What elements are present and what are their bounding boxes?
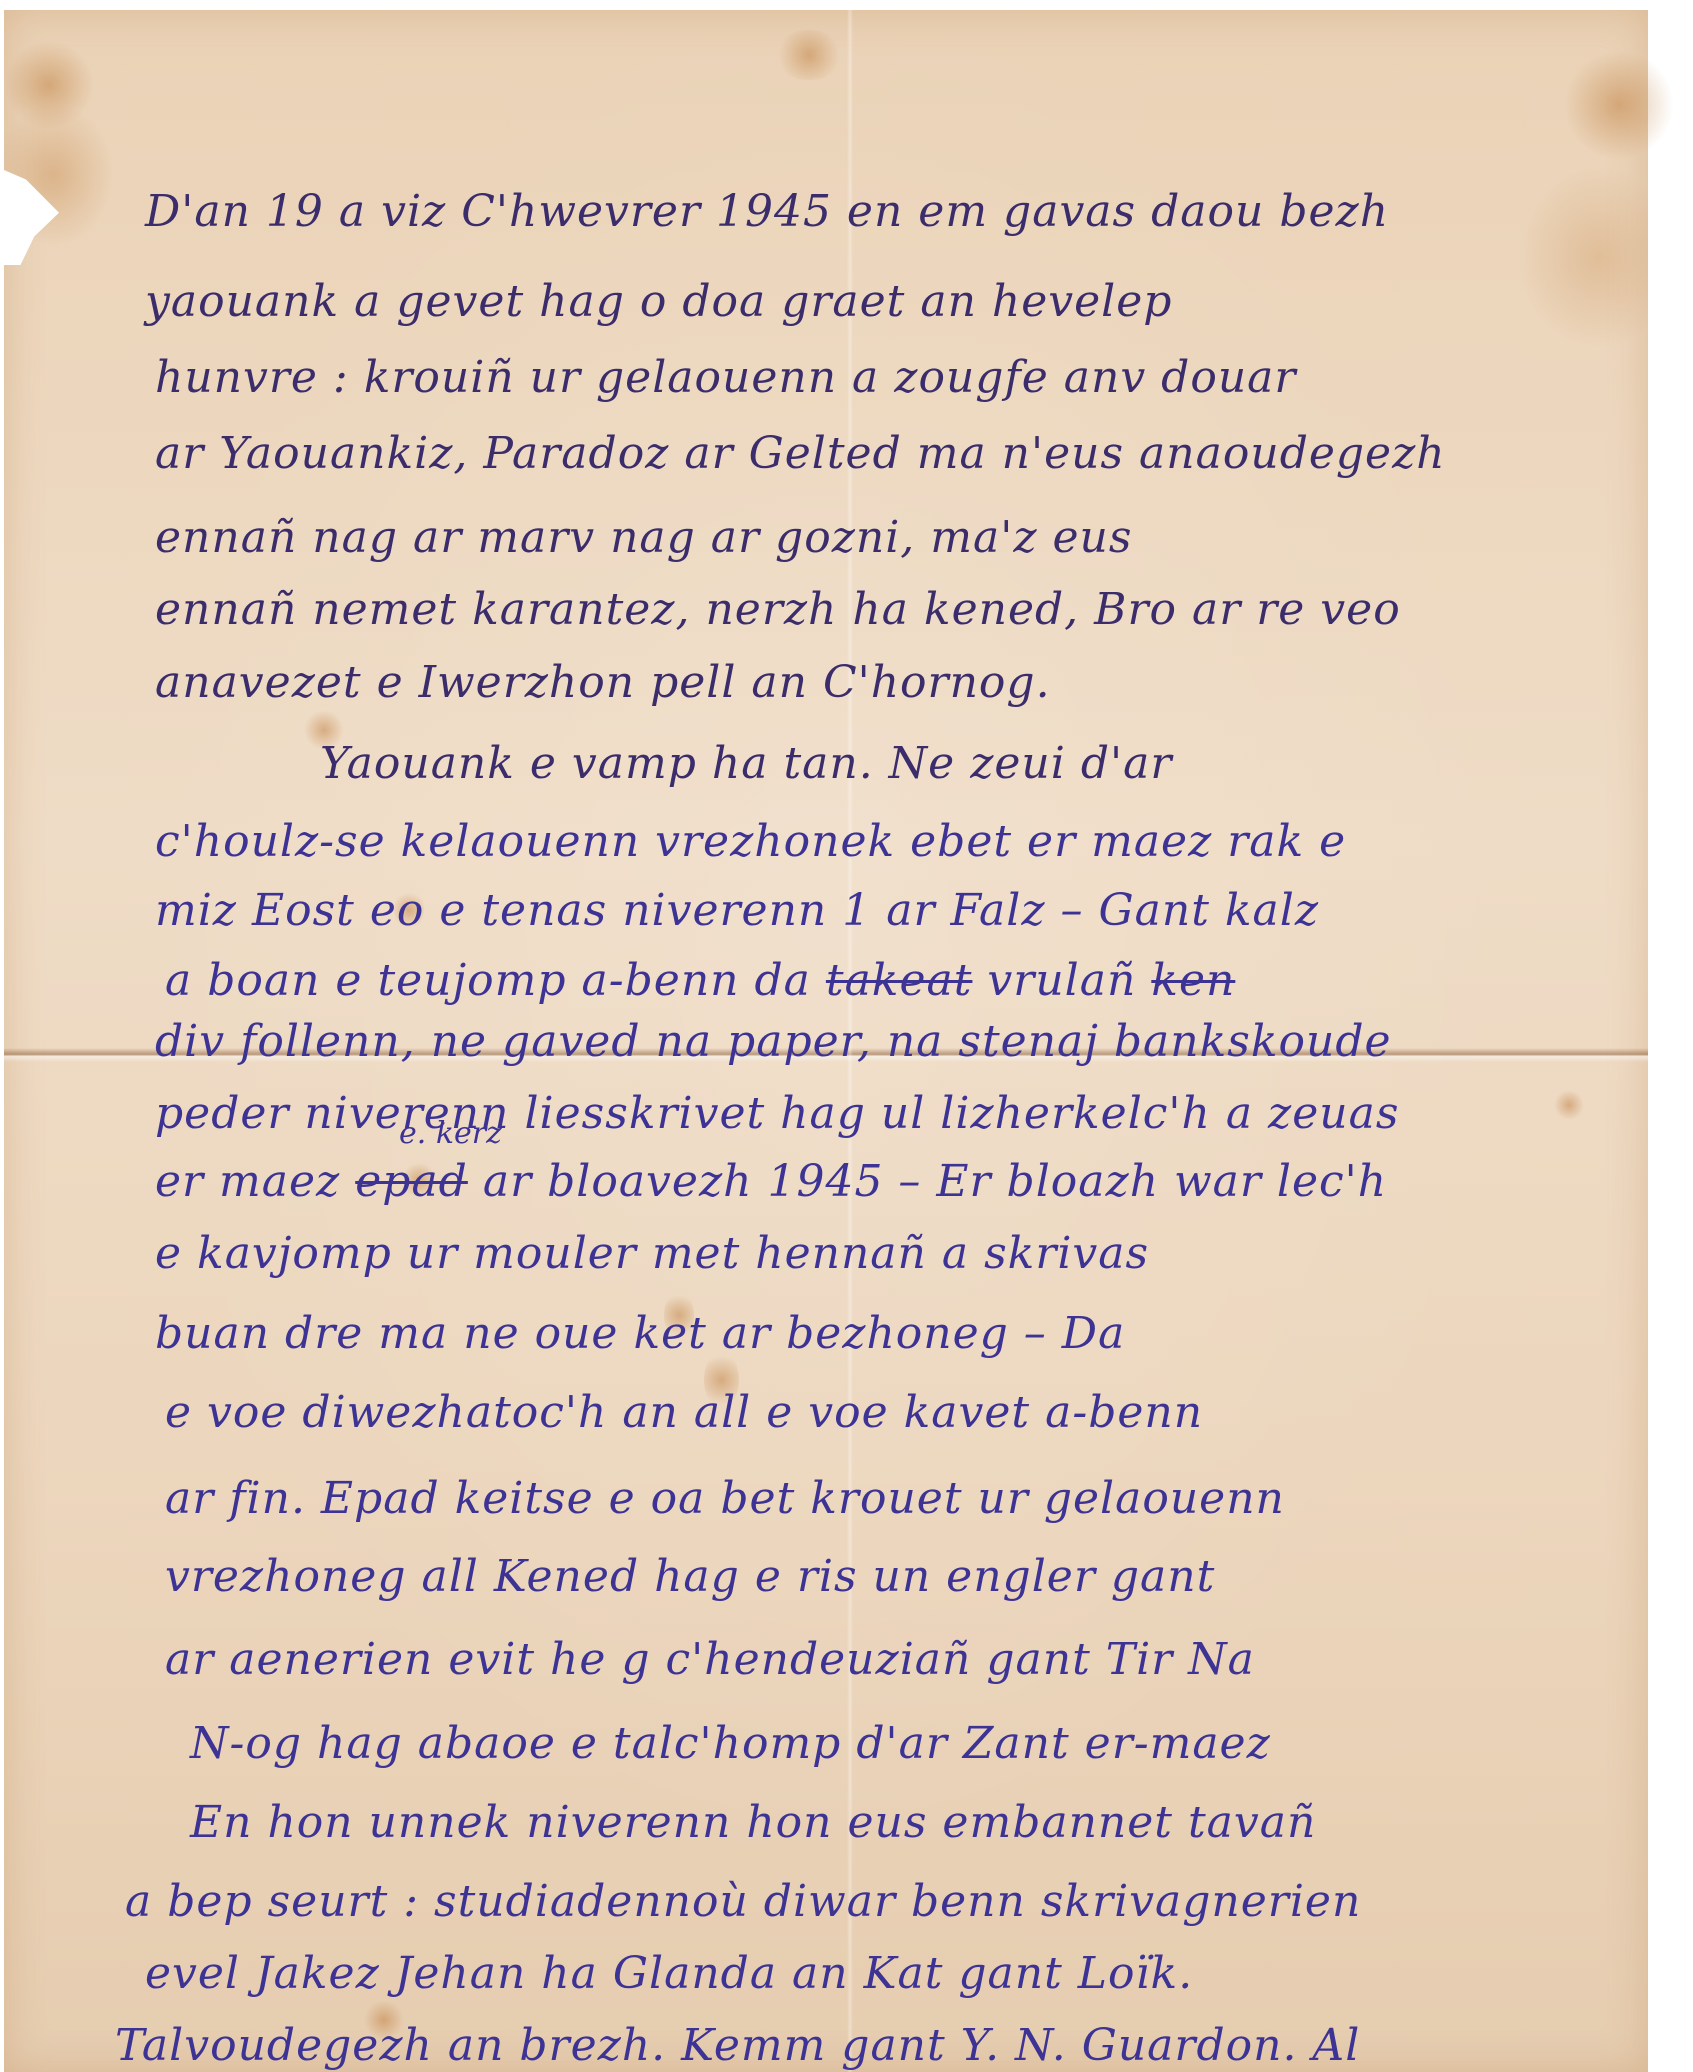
text-line-6: ennañ nemet karantez, nerzh ha kened, Br… [155, 584, 1401, 635]
interlinear-insertion: e. kerz [399, 1116, 502, 1151]
line-14-start: er maez [155, 1156, 340, 1207]
text-line-16: buan dre ma ne oue ket ar bezhoneg – Da [155, 1308, 1125, 1359]
line-14-rest: ar bloavezh 1945 – Er bloazh war lec'h [483, 1156, 1387, 1207]
age-stain [1554, 1090, 1584, 1120]
torn-edge [4, 170, 59, 265]
text-line-13: peder niverenn liesskrivet hag ul lizher… [155, 1088, 1399, 1139]
text-line-3: hunvre : krouiñ ur gelaouenn a zougfe an… [155, 352, 1296, 403]
text-line-2: yaouank a gevet hag o doa graet an hevel… [145, 276, 1172, 327]
text-line-15: e kavjomp ur mouler met hennañ a skrivas [155, 1228, 1149, 1279]
text-line-21: N-og hag abaoe e talc'homp d'ar Zant er-… [190, 1718, 1271, 1769]
text-line-20: ar aenerien evit he g c'hendeuziañ gant … [165, 1634, 1255, 1685]
age-stain [1564, 50, 1674, 160]
text-line-12: div follenn, ne gaved na paper, na stena… [155, 1016, 1392, 1067]
text-line-14: er maez epad ar bloavezh 1945 – Er bloaz… [155, 1156, 1387, 1207]
letter-paper: D'an 19 a viz C'hwevrer 1945 en em gavas… [4, 10, 1648, 2072]
text-line-7: anavezet e Iwerzhon pell an C'hornog. [155, 657, 1051, 708]
text-line-11: a boan e teujomp a-benn da takeat vrulañ… [165, 955, 1235, 1006]
text-line-18: ar fin. Epad keitse e oa bet krouet ur g… [165, 1473, 1285, 1524]
line-11-start: a boan e teujomp a-benn da [165, 955, 811, 1006]
text-line-22: En hon unnek niverenn hon eus embannet t… [190, 1797, 1316, 1848]
text-line-24: evel Jakez Jehan ha Glanda an Kat gant L… [145, 1948, 1193, 1999]
text-line-4: ar Yaouankiz, Paradoz ar Gelted ma n'eus… [155, 428, 1446, 479]
text-line-9: c'houlz-se kelaouenn vrezhonek ebet er m… [155, 816, 1346, 867]
text-line-25: Talvoudegezh an brezh. Kemm gant Y. N. G… [115, 2020, 1360, 2071]
text-line-5: ennañ nag ar marv nag ar gozni, ma'z eus [155, 512, 1132, 563]
text-line-17: e voe diwezhatoc'h an all e voe kavet a-… [165, 1387, 1203, 1438]
struck-word: takeat [826, 955, 973, 1006]
struck-word: ken [1151, 955, 1235, 1006]
line-11-tail: vrulañ [987, 955, 1136, 1006]
text-line-10: miz Eost eo e tenas niverenn 1 ar Falz –… [155, 885, 1319, 936]
text-line-19: vrezhoneg all Kened hag e ris un engler … [165, 1551, 1215, 1602]
text-line-23: a bep seurt : studiadennoù diwar benn sk… [125, 1876, 1361, 1927]
age-stain [4, 40, 94, 130]
age-stain [774, 30, 844, 80]
text-line-1: D'an 19 a viz C'hwevrer 1945 en em gavas… [145, 186, 1389, 237]
struck-word: epad [355, 1156, 468, 1207]
text-line-8-paragraph-start: Yaouank e vamp ha tan. Ne zeui d'ar [320, 738, 1172, 789]
